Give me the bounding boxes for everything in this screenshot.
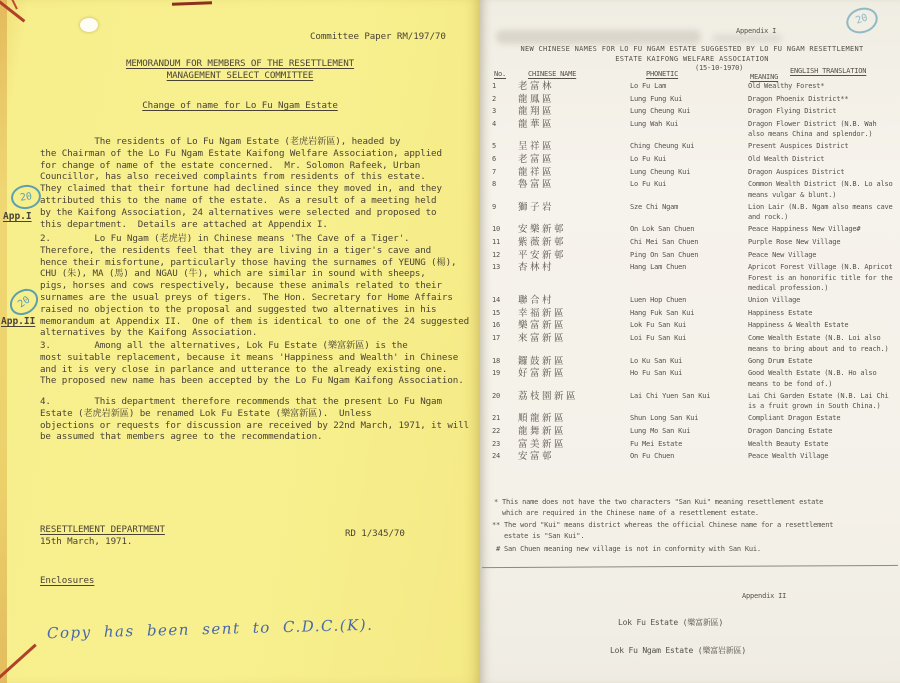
row-phonetic: Ching Cheung Kui xyxy=(630,141,748,152)
table-row: 9獅子岩Sze Chi NgamLion Lair (N.B. Ngam als… xyxy=(492,202,894,223)
row-no: 10 xyxy=(492,224,518,235)
table-row: 17來富新區Loi Fu San KuiCome Wealth Estate (… xyxy=(492,333,894,354)
table-row: 10安樂新邨On Lok San ChuenPeace Happiness Ne… xyxy=(492,224,894,235)
footnote-2: ** The word "Kui" means district whereas… xyxy=(492,520,892,541)
row-no: 7 xyxy=(492,167,518,178)
row-no: 5 xyxy=(492,141,518,152)
scan-smudge xyxy=(496,30,701,44)
row-chinese: 呈祥區 xyxy=(518,141,630,152)
row-english: Good Wealth Estate (N.B. Ho also means t… xyxy=(748,368,894,389)
row-english: Dragon Flower District (N.B. Wah also me… xyxy=(748,119,894,140)
row-no: 8 xyxy=(492,179,518,200)
row-chinese: 杏林村 xyxy=(518,262,630,294)
row-chinese: 紫薇新邨 xyxy=(518,237,630,248)
table-row: 20荔枝園新區Lai Chi Yuen San KuiLai Chi Garde… xyxy=(492,391,894,412)
row-chinese: 安樂新邨 xyxy=(518,224,630,235)
appendix1-margin-ref: App.I xyxy=(3,211,32,222)
row-phonetic: Shun Long San Kui xyxy=(630,413,748,424)
row-english: Dragon Auspices District xyxy=(748,167,894,178)
row-no: 4 xyxy=(492,119,518,140)
row-no: 1 xyxy=(492,81,518,92)
circled-number-annotation: 20 xyxy=(9,183,42,211)
memorandum-page: Committee Paper RM/197/70 MEMORANDUM FOR… xyxy=(0,0,480,683)
row-phonetic: Lo Fu Kui xyxy=(630,179,748,200)
table-row: 12平安新邨Ping On San ChuenPeace New Village xyxy=(492,250,894,261)
footnote-1: * This name does not have the two charac… xyxy=(494,497,894,518)
table-row: 1老富林Lo Fu LamOld Wealthy Forest* xyxy=(492,81,894,92)
paragraph-1: The residents of Lo Fu Ngam Estate (老虎岩新… xyxy=(40,136,480,230)
row-no: 23 xyxy=(492,439,518,450)
row-phonetic: On Fu Chuen xyxy=(630,451,748,462)
row-chinese: 老富林 xyxy=(518,81,630,92)
row-phonetic: Lung Cheung Kui xyxy=(630,167,748,178)
table-row: 8魯富區Lo Fu KuiCommon Wealth District (N.B… xyxy=(492,179,894,200)
table-row: 5呈祥區Ching Cheung KuiPresent Auspices Dis… xyxy=(492,141,894,152)
row-english: Dragon Phoenix District** xyxy=(748,94,894,105)
row-english: Peace Happiness New Village# xyxy=(748,224,894,235)
row-no: 16 xyxy=(492,320,518,331)
row-english: Come Wealth Estate (N.B. Loi also means … xyxy=(748,333,894,354)
memo-title-line2: MANAGEMENT SELECT COMMITTEE xyxy=(30,70,450,82)
appendix2-line-1: Lok Fu Estate (樂富新區) xyxy=(618,618,723,629)
row-phonetic: Luen Hop Chuen xyxy=(630,295,748,306)
tape-mark xyxy=(172,1,212,5)
row-english: Apricot Forest Village (N.B. Apricot For… xyxy=(748,262,894,294)
row-chinese: 順龍新區 xyxy=(518,413,630,424)
table-row: 7龍祥區Lung Cheung KuiDragon Auspices Distr… xyxy=(492,167,894,178)
row-chinese: 龍翔區 xyxy=(518,106,630,117)
row-no: 2 xyxy=(492,94,518,105)
table-row: 6老富區Lo Fu KuiOld Wealth District xyxy=(492,154,894,165)
row-phonetic: On Lok San Chuen xyxy=(630,224,748,235)
committee-paper-ref: Committee Paper RM/197/70 xyxy=(310,31,446,43)
appendix1-table-body: 1老富林Lo Fu LamOld Wealthy Forest*2龍鳳區Lung… xyxy=(492,81,894,464)
row-english: Old Wealthy Forest* xyxy=(748,81,894,92)
row-phonetic: Lung Fung Kui xyxy=(630,94,748,105)
row-english: Lai Chi Garden Estate (N.B. Lai Chi is a… xyxy=(748,391,894,412)
row-phonetic: Lung Cheung Kui xyxy=(630,106,748,117)
enclosures-label: Enclosures xyxy=(40,575,94,587)
row-phonetic: Lo Ku San Kui xyxy=(630,356,748,367)
appendix2-label: Appendix II xyxy=(742,591,786,602)
column-header-english-translation: ENGLISH TRANSLATION xyxy=(790,66,866,77)
section-divider xyxy=(482,565,898,568)
table-row: 4龍華區Lung Wah KuiDragon Flower District (… xyxy=(492,119,894,140)
appendix1-title-line2: ESTATE KAIFONG WELFARE ASSOCIATION xyxy=(490,54,894,65)
row-no: 14 xyxy=(492,295,518,306)
table-row: 18鑼鼓新區Lo Ku San KuiGong Drum Estate xyxy=(492,356,894,367)
table-row: 16樂富新區Lok Fu San KuiHappiness & Wealth E… xyxy=(492,320,894,331)
table-row: 11紫薇新邨Chi Mei San ChuenPurple Rose New V… xyxy=(492,237,894,248)
row-chinese: 鑼鼓新區 xyxy=(518,356,630,367)
row-no: 18 xyxy=(492,356,518,367)
row-chinese: 好富新區 xyxy=(518,368,630,389)
row-chinese: 龍舞新區 xyxy=(518,426,630,437)
row-phonetic: Lung Mo San Kui xyxy=(630,426,748,437)
appendix-page: 20 Appendix I NEW CHINESE NAMES FOR LO F… xyxy=(480,0,900,683)
table-row: 24安富邨On Fu ChuenPeace Wealth Village xyxy=(492,451,894,462)
appendix2-margin-ref: App.II xyxy=(1,316,35,327)
department-name: RESETTLEMENT DEPARTMENT xyxy=(40,524,165,536)
row-chinese: 平安新邨 xyxy=(518,250,630,261)
row-phonetic: Hang Fuk San Kui xyxy=(630,308,748,319)
row-no: 15 xyxy=(492,308,518,319)
row-chinese: 獅子岩 xyxy=(518,202,630,223)
row-no: 13 xyxy=(492,262,518,294)
row-chinese: 老富區 xyxy=(518,154,630,165)
row-phonetic: Chi Mei San Chuen xyxy=(630,237,748,248)
row-english: Dragon Flying District xyxy=(748,106,894,117)
row-english: Happiness & Wealth Estate xyxy=(748,320,894,331)
circled-number-annotation: 20 xyxy=(5,284,43,321)
column-header-phonetic: PHONETIC xyxy=(646,69,678,80)
row-phonetic: Lo Fu Lam xyxy=(630,81,748,92)
row-english: Union Village xyxy=(748,295,894,306)
row-english: Old Wealth District xyxy=(748,154,894,165)
table-row: 2龍鳳區Lung Fung KuiDragon Phoenix District… xyxy=(492,94,894,105)
page-edge xyxy=(0,0,7,683)
appendix1-label: Appendix I xyxy=(736,26,776,37)
row-phonetic: Lai Chi Yuen San Kui xyxy=(630,391,748,412)
file-reference: RD 1/345/70 xyxy=(345,528,405,540)
memo-title-line1: MEMORANDUM FOR MEMBERS OF THE RESETTLEME… xyxy=(30,58,450,70)
row-chinese: 樂富新區 xyxy=(518,320,630,331)
row-english: Compliant Dragon Estate xyxy=(748,413,894,424)
row-no: 20 xyxy=(492,391,518,412)
row-english: Peace Wealth Village xyxy=(748,451,894,462)
memo-subject: Change of name for Lo Fu Ngam Estate xyxy=(142,100,338,111)
row-phonetic: Lok Fu San Kui xyxy=(630,320,748,331)
row-english: Happiness Estate xyxy=(748,308,894,319)
scanned-document: Committee Paper RM/197/70 MEMORANDUM FOR… xyxy=(0,0,900,683)
row-chinese: 荔枝園新區 xyxy=(518,391,630,412)
row-phonetic: Sze Chi Ngam xyxy=(630,202,748,223)
row-chinese: 來富新區 xyxy=(518,333,630,354)
row-chinese: 幸福新區 xyxy=(518,308,630,319)
table-row: 3龍翔區Lung Cheung KuiDragon Flying Distric… xyxy=(492,106,894,117)
row-chinese: 安富邨 xyxy=(518,451,630,462)
row-english: Lion Lair (N.B. Ngam also means cave and… xyxy=(748,202,894,223)
row-no: 17 xyxy=(492,333,518,354)
row-no: 24 xyxy=(492,451,518,462)
appendix1-title-line1: NEW CHINESE NAMES FOR LO FU NGAM ESTATE … xyxy=(490,44,894,55)
row-phonetic: Loi Fu San Kui xyxy=(630,333,748,354)
row-chinese: 富美新區 xyxy=(518,439,630,450)
punch-hole xyxy=(80,18,98,32)
row-english: Wealth Beauty Estate xyxy=(748,439,894,450)
row-english: Common Wealth District (N.B. Lo also mea… xyxy=(748,179,894,200)
row-phonetic: Ho Fu San Kui xyxy=(630,368,748,389)
row-chinese: 龍鳳區 xyxy=(518,94,630,105)
row-phonetic: Ping On San Chuen xyxy=(630,250,748,261)
row-no: 21 xyxy=(492,413,518,424)
row-english: Gong Drum Estate xyxy=(748,356,894,367)
row-no: 11 xyxy=(492,237,518,248)
row-chinese: 龍華區 xyxy=(518,119,630,140)
row-chinese: 聯合村 xyxy=(518,295,630,306)
table-row: 13杏林村Hang Lam ChuenApricot Forest Villag… xyxy=(492,262,894,294)
row-english: Purple Rose New Village xyxy=(748,237,894,248)
paragraph-3: 3. Among all the alternatives, Lok Fu Es… xyxy=(40,340,480,387)
row-chinese: 魯富區 xyxy=(518,179,630,200)
table-row: 23富美新區Fu Mei EstateWealth Beauty Estate xyxy=(492,439,894,450)
row-no: 22 xyxy=(492,426,518,437)
table-row: 15幸福新區Hang Fuk San KuiHappiness Estate xyxy=(492,308,894,319)
row-english: Dragon Dancing Estate xyxy=(748,426,894,437)
row-no: 3 xyxy=(492,106,518,117)
row-phonetic: Hang Lam Chuen xyxy=(630,262,748,294)
row-no: 9 xyxy=(492,202,518,223)
row-phonetic: Lo Fu Kui xyxy=(630,154,748,165)
table-row: 22龍舞新區Lung Mo San KuiDragon Dancing Esta… xyxy=(492,426,894,437)
appendix1-title-date: (15-10-1970) xyxy=(695,63,743,74)
row-english: Peace New Village xyxy=(748,250,894,261)
table-row: 19好富新區Ho Fu San KuiGood Wealth Estate (N… xyxy=(492,368,894,389)
appendix2-line-2: Lok Fu Ngam Estate (樂富岩新區) xyxy=(610,646,746,657)
footnote-3: # San Chuen meaning new village is not i… xyxy=(496,544,896,555)
row-no: 12 xyxy=(492,250,518,261)
row-chinese: 龍祥區 xyxy=(518,167,630,178)
row-english: Present Auspices District xyxy=(748,141,894,152)
column-header-chinese-name: CHINESE NAME xyxy=(528,69,576,80)
memo-date: 15th March, 1971. xyxy=(40,536,132,548)
circled-number-annotation: 20 xyxy=(843,4,881,38)
column-header-no: No. xyxy=(494,69,506,80)
paragraph-4: 4. This department therefore recommends … xyxy=(40,396,480,443)
row-phonetic: Lung Wah Kui xyxy=(630,119,748,140)
handwritten-note: Copy has been sent to C.D.C.(K). xyxy=(47,616,374,643)
paragraph-2: 2. Lo Fu Ngam (老虎岩) in Chinese means 'Th… xyxy=(40,233,480,339)
row-no: 6 xyxy=(492,154,518,165)
table-row: 21順龍新區Shun Long San KuiCompliant Dragon … xyxy=(492,413,894,424)
table-row: 14聯合村Luen Hop ChuenUnion Village xyxy=(492,295,894,306)
row-phonetic: Fu Mei Estate xyxy=(630,439,748,450)
row-no: 19 xyxy=(492,368,518,389)
